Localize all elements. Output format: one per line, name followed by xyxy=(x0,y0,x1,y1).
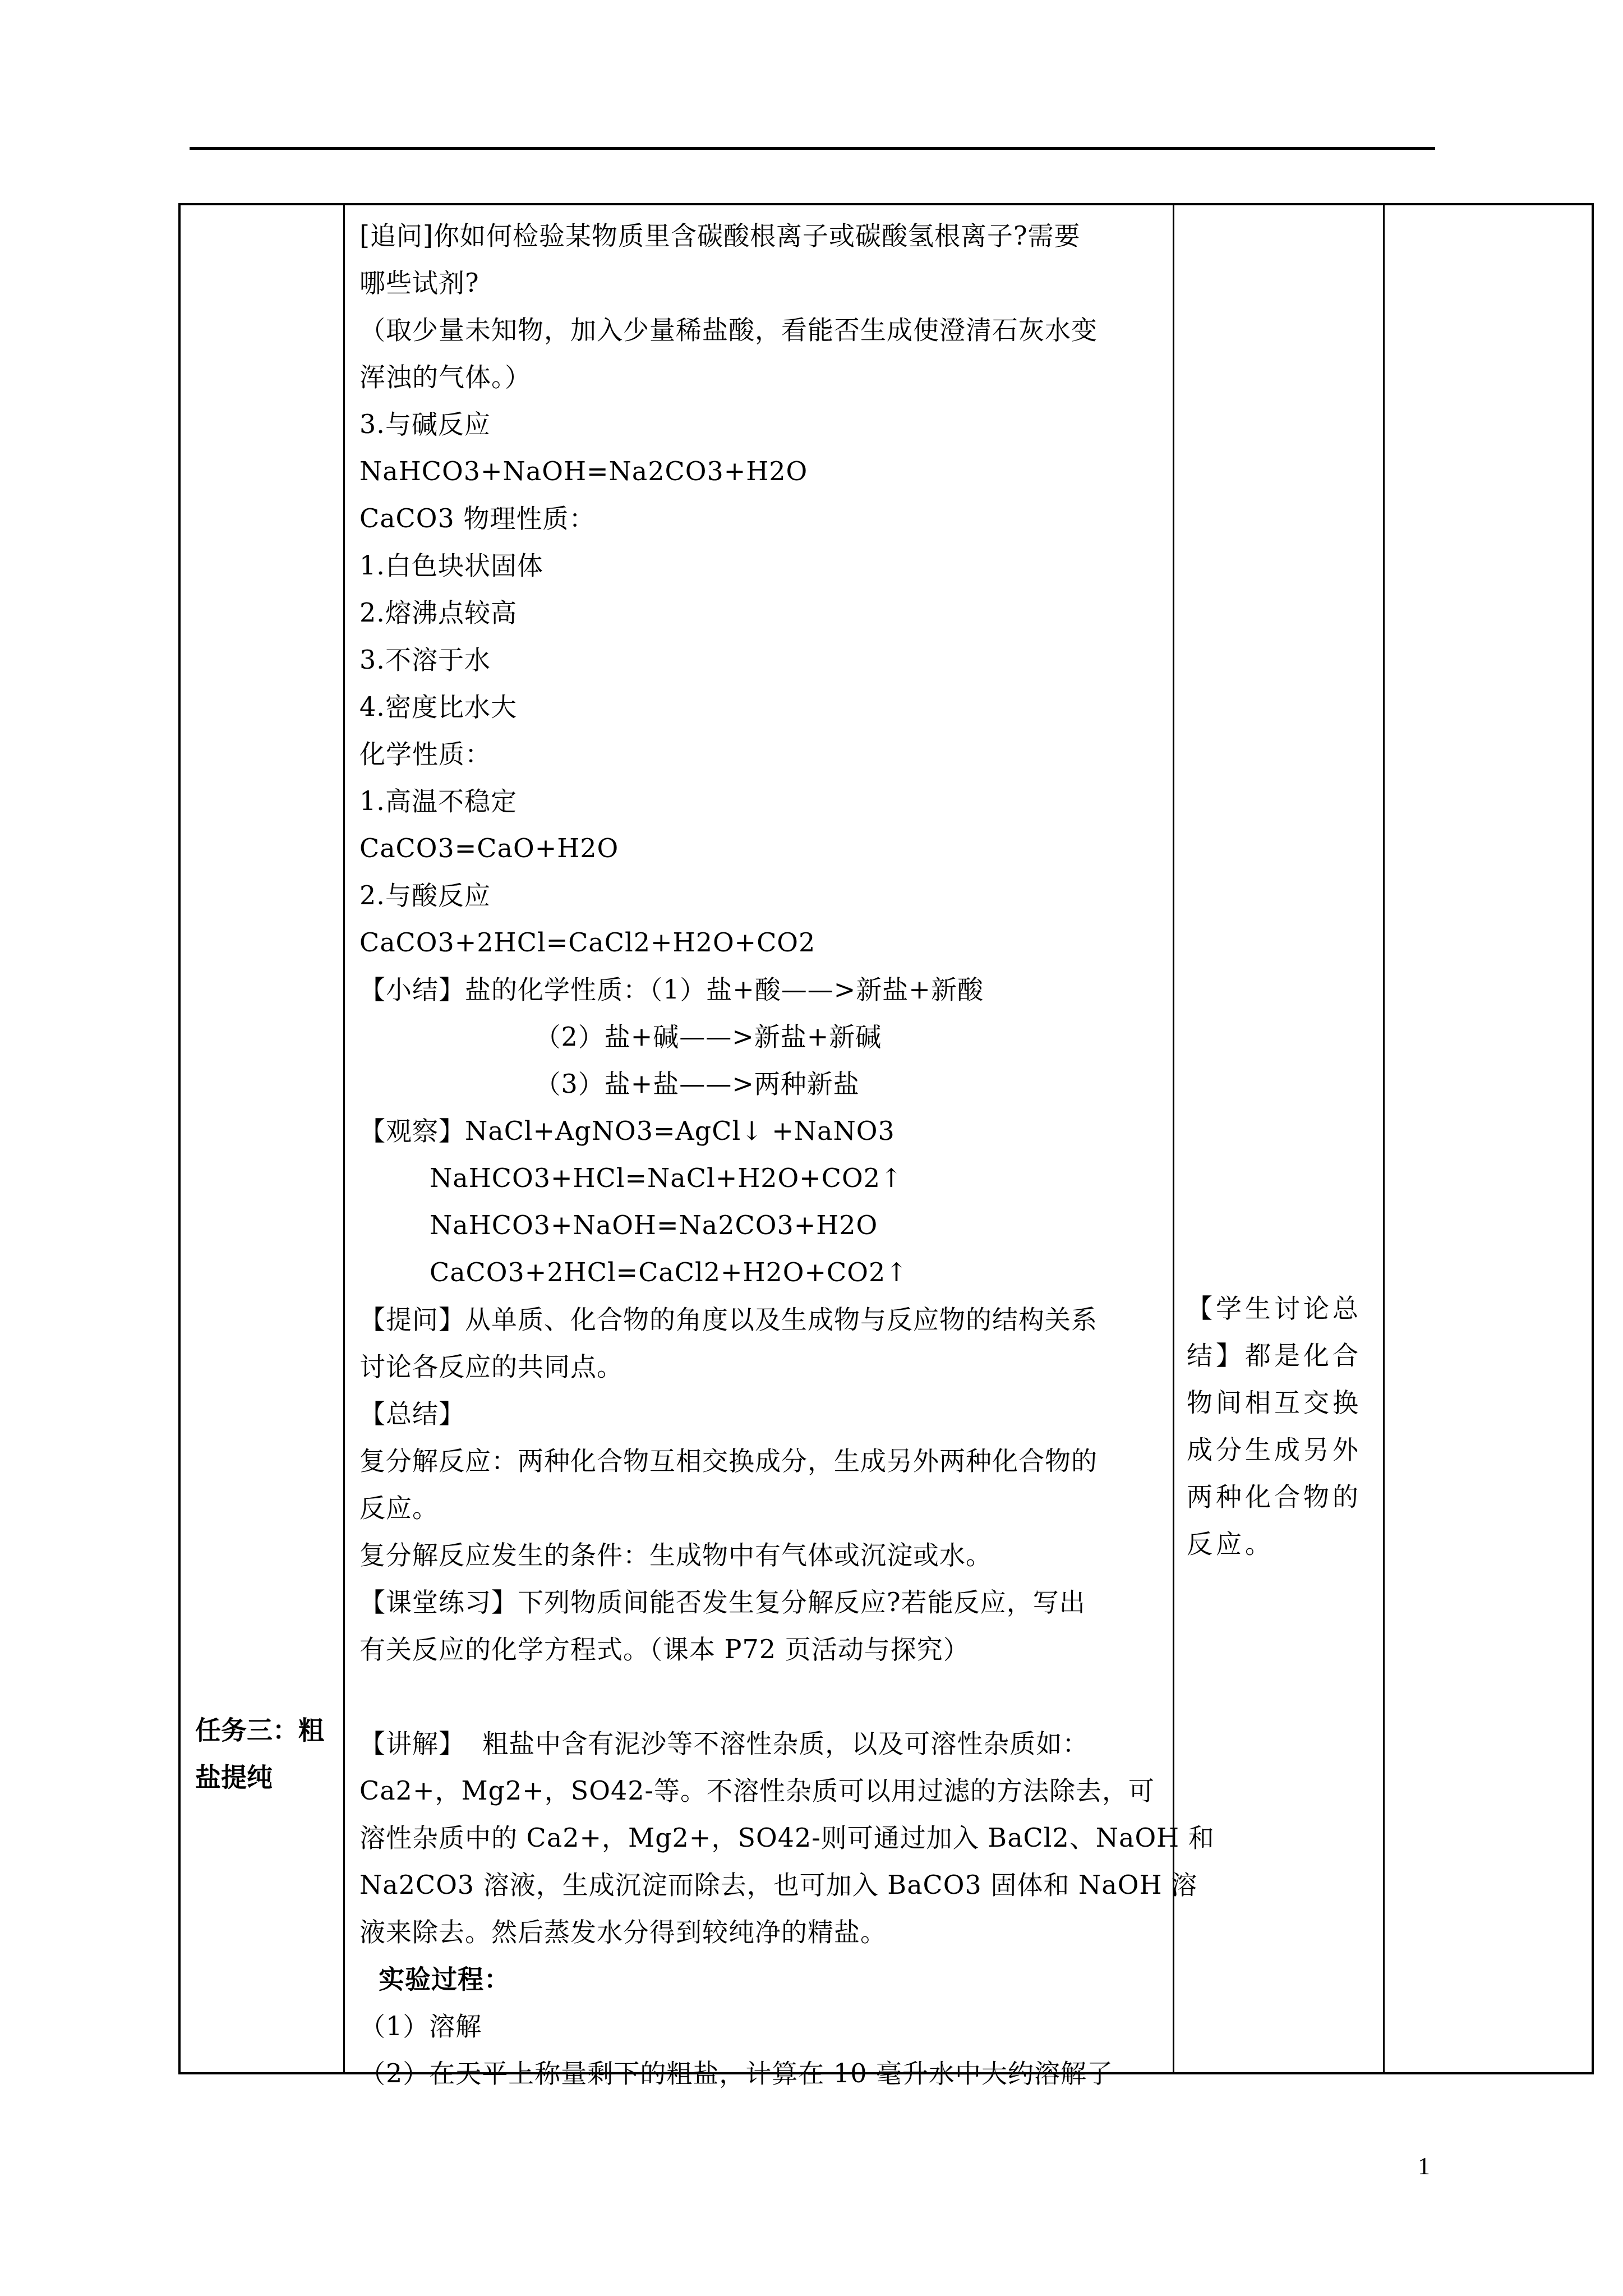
content-line: 【课堂练习】下列物质间能否发生复分解反应?若能反应，写出 xyxy=(359,1579,1086,1626)
content-line: 【提问】从单质、化合物的角度以及生成物与反应物的结构关系 xyxy=(359,1296,1098,1343)
content-line: NaHCO3+NaOH=Na2CO3+H2O xyxy=(359,1202,878,1249)
student-activity-line: 物间相互交换 xyxy=(1187,1379,1377,1426)
content-line: 3.与碱反应 xyxy=(359,401,491,448)
teaching-content-column: [追问]你如何检验某物质里含碳酸根离子或碳酸氢根离子?需要哪些试剂?（取少量未知… xyxy=(345,205,1173,2072)
task-column: 任务三：粗 盐提纯 xyxy=(181,205,343,2072)
student-activity-line: 两种化合物的 xyxy=(1187,1473,1377,1520)
content-line: 2.与酸反应 xyxy=(359,872,491,919)
content-line: 2.熔沸点较高 xyxy=(359,589,517,636)
content-line: CaCO3+2HCl=CaCl2+H2O+CO2 xyxy=(359,919,815,966)
content-line: CaCO3 物理性质： xyxy=(359,495,595,542)
content-line: CaCO3+2HCl=CaCl2+H2O+CO2↑ xyxy=(359,1249,908,1296)
content-line: 1.白色块状固体 xyxy=(359,542,543,589)
notes-column xyxy=(1386,205,1594,2072)
content-line: （2）在天平上称量剩下的粗盐，计算在 10 毫升水中大约溶解了 xyxy=(359,2050,1113,2097)
content-line: NaHCO3+NaOH=Na2CO3+H2O xyxy=(359,448,808,495)
content-line: 讨论各反应的共同点。 xyxy=(359,1343,623,1390)
content-line: 哪些试剂? xyxy=(359,259,479,306)
content-line: NaHCO3+HCl=NaCl+H2O+CO2↑ xyxy=(359,1154,903,1202)
content-line: （3）盐+盐——>两种新盐 xyxy=(359,1060,860,1107)
student-activity-line: 结】都是化合 xyxy=(1187,1332,1377,1379)
header-rule xyxy=(190,147,1435,150)
content-line: Na2CO3 溶液，生成沉淀而除去，也可加入 BaCO3 固体和 NaOH 溶 xyxy=(359,1861,1197,1908)
content-line: 1.高温不稳定 xyxy=(359,777,517,825)
content-line: 实验过程： xyxy=(359,1955,510,2003)
content-line: 【讲解】 粗盐中含有泥沙等不溶性杂质，以及可溶性杂质如： xyxy=(359,1720,1089,1767)
content-line: 复分解反应：两种化合物互相交换成分，生成另外两种化合物的 xyxy=(359,1437,1098,1484)
content-line: 【总结】 xyxy=(359,1390,465,1437)
content-line: 液来除去。然后蒸发水分得到较纯净的精盐。 xyxy=(359,1908,887,1955)
student-activity-line: 【学生讨论总 xyxy=(1187,1285,1377,1332)
content-line: （2）盐+碱——>新盐+新碱 xyxy=(359,1013,882,1060)
content-line: 复分解反应发生的条件：生成物中有气体或沉淀或水。 xyxy=(359,1531,992,1579)
content-line: 【小结】盐的化学性质：（1）盐+酸——>新盐+新酸 xyxy=(359,966,984,1013)
content-line: 浑浊的气体。） xyxy=(359,353,531,401)
content-line: [追问]你如何检验某物质里含碳酸根离子或碳酸氢根离子?需要 xyxy=(359,212,1081,259)
content-line: 【观察】NaCl+AgNO3=AgCl↓ +NaNO3 xyxy=(359,1107,895,1154)
content-line: 有关反应的化学方程式。（课本 P72 页活动与探究） xyxy=(359,1626,970,1673)
page-number: 1 xyxy=(1418,2153,1430,2180)
student-activity-column: 【学生讨论总 结】都是化合 物间相互交换 成分生成另外 两种化合物的 反应。 xyxy=(1174,205,1383,2072)
student-activity-line: 反应。 xyxy=(1187,1520,1377,1567)
content-line: 化学性质： xyxy=(359,730,491,777)
content-line: CaCO3=CaO+H2O xyxy=(359,825,619,872)
content-line: 溶性杂质中的 Ca2+，Mg2+，SO42-则可通过加入 BaCl2、NaOH … xyxy=(359,1814,1215,1861)
content-line: 3.不溶于水 xyxy=(359,636,491,683)
content-line: （取少量未知物，加入少量稀盐酸，看能否生成使澄清石灰水变 xyxy=(359,306,1098,353)
content-line: 4.密度比水大 xyxy=(359,683,517,730)
content-line: 反应。 xyxy=(359,1484,439,1531)
lesson-plan-table: 任务三：粗 盐提纯 [追问]你如何检验某物质里含碳酸根离子或碳酸氢根离子?需要哪… xyxy=(178,203,1594,2074)
content-line: Ca2+，Mg2+，SO42-等。不溶性杂质可以用过滤的方法除去，可 xyxy=(359,1767,1155,1814)
task-label-line: 盐提纯 xyxy=(195,1754,273,1801)
content-line: （1）溶解 xyxy=(359,2003,482,2050)
task-label-line: 任务三：粗 xyxy=(195,1706,324,1754)
column-divider xyxy=(1383,205,1385,2072)
student-activity-line: 成分生成另外 xyxy=(1187,1426,1377,1473)
